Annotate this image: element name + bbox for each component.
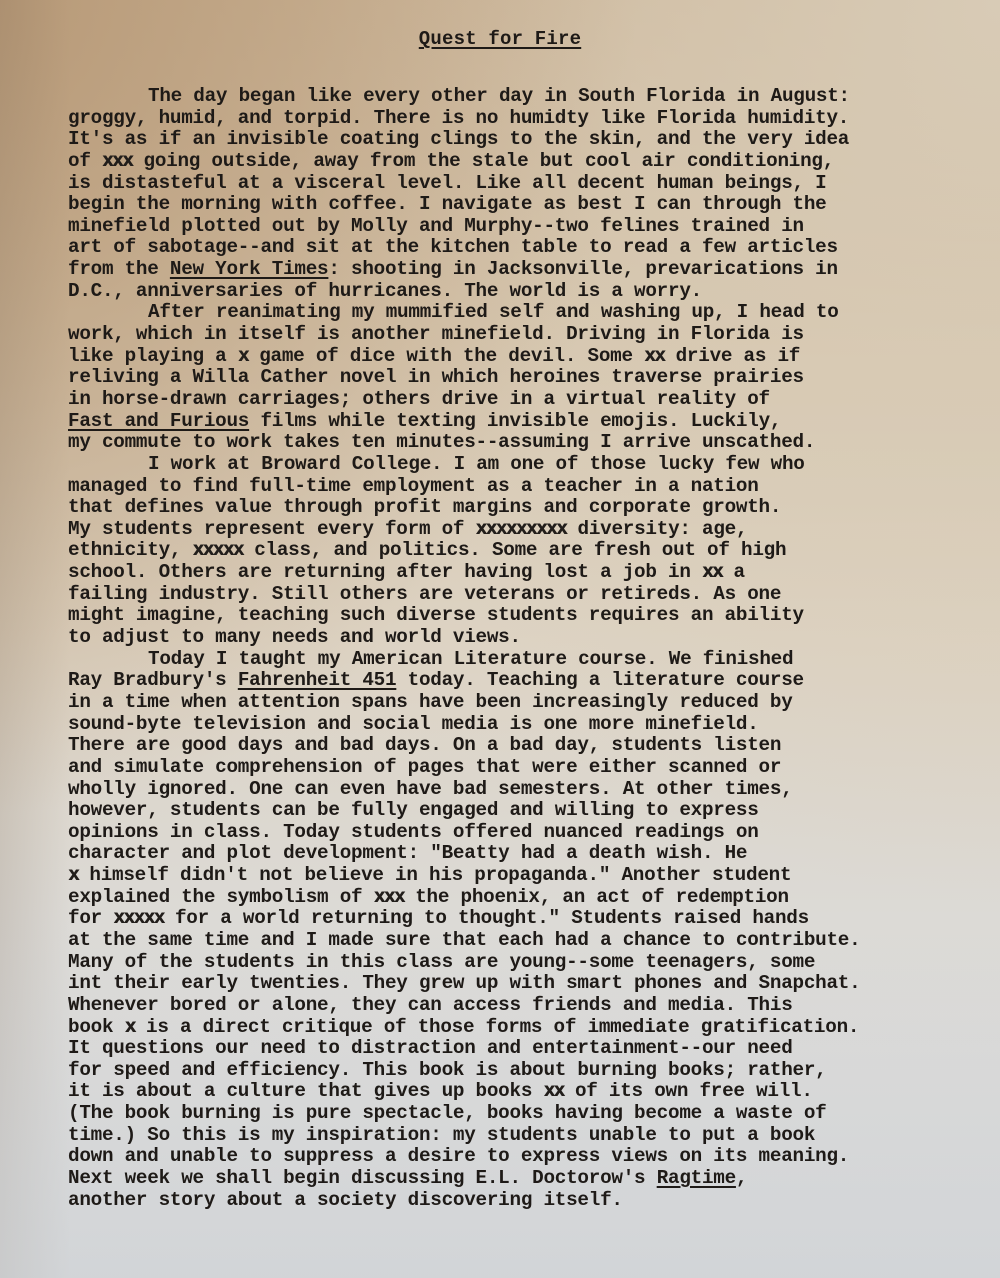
text-segment: There are good days and bad days. On a b… <box>68 734 781 756</box>
text-line: It's as if an invisible coating clings t… <box>68 129 988 151</box>
text-line: for speed and efficiency. This book is a… <box>68 1060 988 1082</box>
text-segment: it is about a culture that gives up book… <box>68 1080 543 1102</box>
text-line: at the same time and I made sure that ea… <box>68 930 988 952</box>
text-line: After reanimating my mummified self and … <box>68 302 988 324</box>
text-line: might imagine, teaching such diverse stu… <box>68 605 988 627</box>
text-segment: work, which in itself is another minefie… <box>68 323 804 345</box>
text-segment: Ray Bradbury's <box>68 669 238 691</box>
text-line: for xxxxx for a world returning to thoug… <box>68 908 988 930</box>
text-segment: game of dice with the devil. Some <box>248 345 644 367</box>
typed-over-text: xx <box>644 345 664 367</box>
text-line: reliving a Willa Cather novel in which h… <box>68 367 988 389</box>
text-segment: is distasteful at a visceral level. Like… <box>68 172 826 194</box>
text-segment: at the same time and I made sure that ea… <box>68 929 860 951</box>
text-segment: ethnicity, <box>68 539 193 561</box>
text-segment: my commute to work takes ten minutes--as… <box>68 431 815 453</box>
document-title-text: Quest for Fire <box>419 28 581 50</box>
document-body: The day began like every other day in So… <box>68 86 988 1211</box>
text-line: my commute to work takes ten minutes--as… <box>68 432 988 454</box>
text-line: My students represent every form of xxxx… <box>68 519 988 541</box>
text-segment: explained the symbolism of <box>68 886 374 908</box>
text-segment: book <box>68 1016 125 1038</box>
text-segment: however, students can be fully engaged a… <box>68 799 759 821</box>
text-line: failing industry. Still others are veter… <box>68 584 988 606</box>
text-line: character and plot development: "Beatty … <box>68 843 988 865</box>
typed-over-text: xxx <box>102 150 132 172</box>
text-line: It questions our need to distraction and… <box>68 1038 988 1060</box>
text-line: down and unable to suppress a desire to … <box>68 1146 988 1168</box>
typed-over-text: x <box>238 345 248 367</box>
text-segment: groggy, humid, and torpid. There is no h… <box>68 107 849 129</box>
text-segment: Whenever bored or alone, they can access… <box>68 994 793 1016</box>
text-line: Fast and Furious films while texting inv… <box>68 411 988 433</box>
text-segment: The day began like every other day in So… <box>148 85 850 107</box>
text-segment: drive as if <box>664 345 800 367</box>
typed-over-text: xx <box>702 561 722 583</box>
typed-over-text: xx <box>543 1080 563 1102</box>
text-line: int their early twenties. They grew up w… <box>68 973 988 995</box>
text-line: (The book burning is pure spectacle, boo… <box>68 1103 988 1125</box>
text-line: school. Others are returning after havin… <box>68 562 988 584</box>
text-segment: of its own free will. <box>564 1080 813 1102</box>
text-line: Many of the students in this class are y… <box>68 952 988 974</box>
text-segment: It questions our need to distraction and… <box>68 1037 793 1059</box>
text-segment: My students represent every form of <box>68 518 476 540</box>
text-line: wholly ignored. One can even have bad se… <box>68 779 988 801</box>
text-line: art of sabotage--and sit at the kitchen … <box>68 237 988 259</box>
text-segment: Many of the students in this class are y… <box>68 951 815 973</box>
text-segment: another story about a society discoverin… <box>68 1189 623 1211</box>
underlined-title: Fahrenheit 451 <box>238 669 397 691</box>
text-line: D.C., anniversaries of hurricanes. The w… <box>68 281 988 303</box>
text-segment: down and unable to suppress a desire to … <box>68 1145 849 1167</box>
text-line: begin the morning with coffee. I navigat… <box>68 194 988 216</box>
text-line: groggy, humid, and torpid. There is no h… <box>68 108 988 130</box>
text-line: time.) So this is my inspiration: my stu… <box>68 1125 988 1147</box>
typed-over-text: x <box>125 1016 135 1038</box>
text-segment: for <box>68 907 113 929</box>
text-line: ethnicity, xxxxx class, and politics. So… <box>68 540 988 562</box>
text-segment: today. Teaching a literature course <box>396 669 804 691</box>
typed-over-text: xxxxx <box>113 907 163 929</box>
text-segment: and simulate comprehension of pages that… <box>68 756 781 778</box>
text-line: work, which in itself is another minefie… <box>68 324 988 346</box>
text-segment: a <box>722 561 745 583</box>
text-segment: Today I taught my American Literature co… <box>148 648 793 670</box>
text-segment: to adjust to many needs and world views. <box>68 626 521 648</box>
text-segment: Next week we shall begin discussing E.L.… <box>68 1167 657 1189</box>
text-segment: I work at Broward College. I am one of t… <box>148 453 805 475</box>
text-segment: After reanimating my mummified self and … <box>148 301 839 323</box>
text-segment: of <box>68 150 102 172</box>
text-segment: himself didn't not believe in his propag… <box>78 864 791 886</box>
text-line: and simulate comprehension of pages that… <box>68 757 988 779</box>
text-line: Today I taught my American Literature co… <box>68 649 988 671</box>
text-line: I work at Broward College. I am one of t… <box>68 454 988 476</box>
underlined-title: New York Times <box>170 258 329 280</box>
text-line: that defines value through profit margin… <box>68 497 988 519</box>
text-segment: int their early twenties. They grew up w… <box>68 972 860 994</box>
text-line: like playing a x game of dice with the d… <box>68 346 988 368</box>
text-segment: from the <box>68 258 170 280</box>
text-segment: opinions in class. Today students offere… <box>68 821 759 843</box>
text-line: to adjust to many needs and world views. <box>68 627 988 649</box>
text-segment: managed to find full-time employment as … <box>68 475 759 497</box>
text-line: There are good days and bad days. On a b… <box>68 735 988 757</box>
text-segment: art of sabotage--and sit at the kitchen … <box>68 236 838 258</box>
text-segment: begin the morning with coffee. I navigat… <box>68 193 826 215</box>
page-edge-shadow <box>0 0 70 1278</box>
text-line: opinions in class. Today students offere… <box>68 822 988 844</box>
text-segment: : shooting in Jacksonville, prevaricatio… <box>328 258 837 280</box>
text-line: from the New York Times: shooting in Jac… <box>68 259 988 281</box>
underlined-title: Fast and Furious <box>68 410 249 432</box>
text-line: it is about a culture that gives up book… <box>68 1081 988 1103</box>
text-segment: in horse-drawn carriages; others drive i… <box>68 388 770 410</box>
text-segment: sound-byte television and social media i… <box>68 713 759 735</box>
text-segment: school. Others are returning after havin… <box>68 561 702 583</box>
text-segment: might imagine, teaching such diverse stu… <box>68 604 804 626</box>
text-segment: failing industry. Still others are veter… <box>68 583 781 605</box>
text-line: in a time when attention spans have been… <box>68 692 988 714</box>
text-segment: diversity: age, <box>566 518 747 540</box>
text-line: managed to find full-time employment as … <box>68 476 988 498</box>
typed-over-text: xxx <box>374 886 404 908</box>
text-line: in horse-drawn carriages; others drive i… <box>68 389 988 411</box>
text-line: The day began like every other day in So… <box>68 86 988 108</box>
text-line: Ray Bradbury's Fahrenheit 451 today. Tea… <box>68 670 988 692</box>
text-line: sound-byte television and social media i… <box>68 714 988 736</box>
text-segment: films while texting invisible emojis. Lu… <box>249 410 781 432</box>
text-line: explained the symbolism of xxx the phoen… <box>68 887 988 909</box>
text-segment: minefield plotted out by Molly and Murph… <box>68 215 804 237</box>
text-segment: for a world returning to thought." Stude… <box>164 907 809 929</box>
text-line: is distasteful at a visceral level. Like… <box>68 173 988 195</box>
text-segment: in a time when attention spans have been… <box>68 691 793 713</box>
document-title: Quest for Fire <box>0 28 1000 50</box>
text-segment: like playing a <box>68 345 238 367</box>
text-line: x himself didn't not believe in his prop… <box>68 865 988 887</box>
text-segment: the phoenix, an act of redemption <box>404 886 789 908</box>
text-segment: that defines value through profit margin… <box>68 496 781 518</box>
text-line: Next week we shall begin discussing E.L.… <box>68 1168 988 1190</box>
text-segment: It's as if an invisible coating clings t… <box>68 128 849 150</box>
text-line: book x is a direct critique of those for… <box>68 1017 988 1039</box>
text-segment: D.C., anniversaries of hurricanes. The w… <box>68 280 702 302</box>
text-line: however, students can be fully engaged a… <box>68 800 988 822</box>
underlined-title: Ragtime <box>657 1167 736 1189</box>
text-line: of xxx going outside, away from the stal… <box>68 151 988 173</box>
typed-over-text: xxxxx <box>193 539 243 561</box>
text-segment: time.) So this is my inspiration: my stu… <box>68 1124 815 1146</box>
text-segment: is a direct critique of those forms of i… <box>135 1016 860 1038</box>
text-segment: character and plot development: "Beatty … <box>68 842 747 864</box>
text-segment: wholly ignored. One can even have bad se… <box>68 778 793 800</box>
typed-over-text: xxxxxxxxx <box>476 518 567 540</box>
text-line: minefield plotted out by Molly and Murph… <box>68 216 988 238</box>
text-segment: going outside, away from the stale but c… <box>132 150 834 172</box>
text-segment: reliving a Willa Cather novel in which h… <box>68 366 804 388</box>
text-segment: class, and politics. Some are fresh out … <box>243 539 786 561</box>
text-segment: , <box>736 1167 747 1189</box>
text-segment: (The book burning is pure spectacle, boo… <box>68 1102 826 1124</box>
text-segment: for speed and efficiency. This book is a… <box>68 1059 826 1081</box>
typed-over-text: x <box>68 864 78 886</box>
text-line: another story about a society discoverin… <box>68 1190 988 1212</box>
text-line: Whenever bored or alone, they can access… <box>68 995 988 1017</box>
